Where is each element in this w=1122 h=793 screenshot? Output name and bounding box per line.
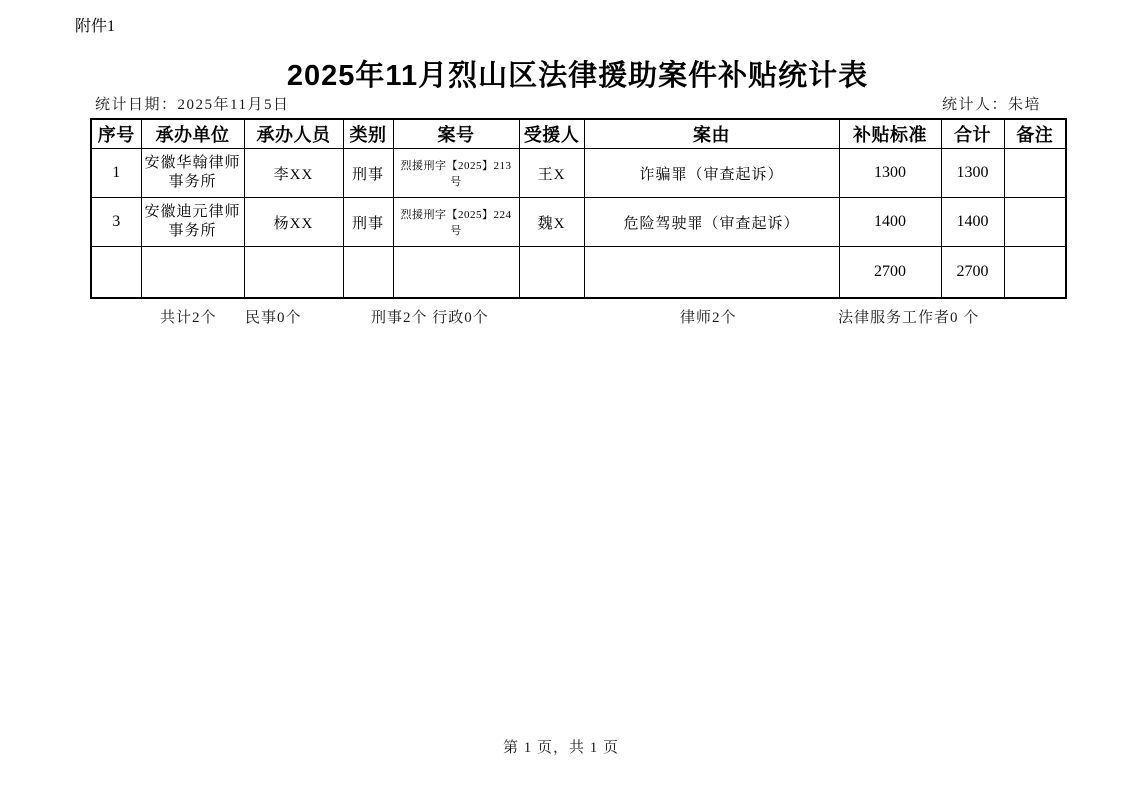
cell-cause: 诈骗罪（审查起诉） [584, 149, 839, 198]
summary-lawyer-count: 律师2个 [680, 306, 737, 327]
col-header-category: 类别 [343, 119, 393, 149]
cell-category: 刑事 [343, 149, 393, 198]
page-title: 2025年11月烈山区法律援助案件补贴统计表 [90, 53, 1065, 94]
cell-cause: 危险驾驶罪（审查起诉） [584, 198, 839, 247]
col-header-remark: 备注 [1004, 119, 1066, 149]
cell-cause-empty [584, 247, 839, 299]
col-header-unit: 承办单位 [141, 119, 244, 149]
table-row: 1 安徽华翰律师事务所 李XX 刑事 烈援刑字【2025】213号 王X 诈骗罪… [91, 149, 1066, 198]
cell-standard-total: 2700 [839, 247, 941, 299]
cell-person: 李XX [244, 149, 343, 198]
cell-recipient: 王X [519, 149, 584, 198]
stat-person: 统计人：朱培 [942, 93, 1065, 114]
cell-total: 1400 [941, 198, 1004, 247]
attachment-label: 附件1 [75, 13, 115, 36]
summary-civil-count: 民事0个 [245, 306, 302, 327]
cell-person-empty [244, 247, 343, 299]
col-header-person: 承办人员 [244, 119, 343, 149]
table-row: 3 安徽迪元律师事务所 杨XX 刑事 烈援刑字【2025】224号 魏X 危险驾… [91, 198, 1066, 247]
total-row: 2700 2700 [91, 247, 1066, 299]
cell-standard: 1300 [839, 149, 941, 198]
cell-unit-empty [141, 247, 244, 299]
cell-remark [1004, 198, 1066, 247]
col-header-recipient: 受援人 [519, 119, 584, 149]
cell-category-empty [343, 247, 393, 299]
cell-person: 杨XX [244, 198, 343, 247]
col-header-total: 合计 [941, 119, 1004, 149]
col-header-standard: 补贴标准 [839, 119, 941, 149]
cell-standard: 1400 [839, 198, 941, 247]
cell-seq: 1 [91, 149, 141, 198]
subsidy-table: 序号 承办单位 承办人员 类别 案号 受援人 案由 补贴标准 合计 备注 1 安… [90, 118, 1067, 299]
cell-case-no: 烈援刑字【2025】224号 [393, 198, 519, 247]
cell-remark-empty [1004, 247, 1066, 299]
cell-case-no-empty [393, 247, 519, 299]
cell-total: 1300 [941, 149, 1004, 198]
cell-unit: 安徽迪元律师事务所 [141, 198, 244, 247]
cell-unit: 安徽华翰律师事务所 [141, 149, 244, 198]
col-header-case-no: 案号 [393, 119, 519, 149]
page-footer: 第 1 页，共 1 页 [0, 736, 1122, 757]
cell-remark [1004, 149, 1066, 198]
stat-date: 统计日期：2025年11月5日 [90, 93, 289, 114]
summary-total-count: 共计2个 [160, 306, 217, 327]
cell-recipient: 魏X [519, 198, 584, 247]
cell-category: 刑事 [343, 198, 393, 247]
col-header-seq: 序号 [91, 119, 141, 149]
col-header-cause: 案由 [584, 119, 839, 149]
summary-legal-worker-count: 法律服务工作者0 个 [838, 306, 979, 327]
summary-criminal-admin-count: 刑事2个 行政0个 [371, 306, 489, 327]
document-page: 附件1 2025年11月烈山区法律援助案件补贴统计表 统计日期：2025年11月… [0, 0, 1122, 793]
summary-line: 共计2个 民事0个 刑事2个 行政0个 律师2个 法律服务工作者0 个 [0, 306, 1122, 328]
cell-total-total: 2700 [941, 247, 1004, 299]
cell-recipient-empty [519, 247, 584, 299]
cell-case-no: 烈援刑字【2025】213号 [393, 149, 519, 198]
meta-row: 统计日期：2025年11月5日 统计人：朱培 [90, 93, 1065, 114]
cell-seq: 3 [91, 198, 141, 247]
table-header-row: 序号 承办单位 承办人员 类别 案号 受援人 案由 补贴标准 合计 备注 [91, 119, 1066, 149]
cell-seq-empty [91, 247, 141, 299]
